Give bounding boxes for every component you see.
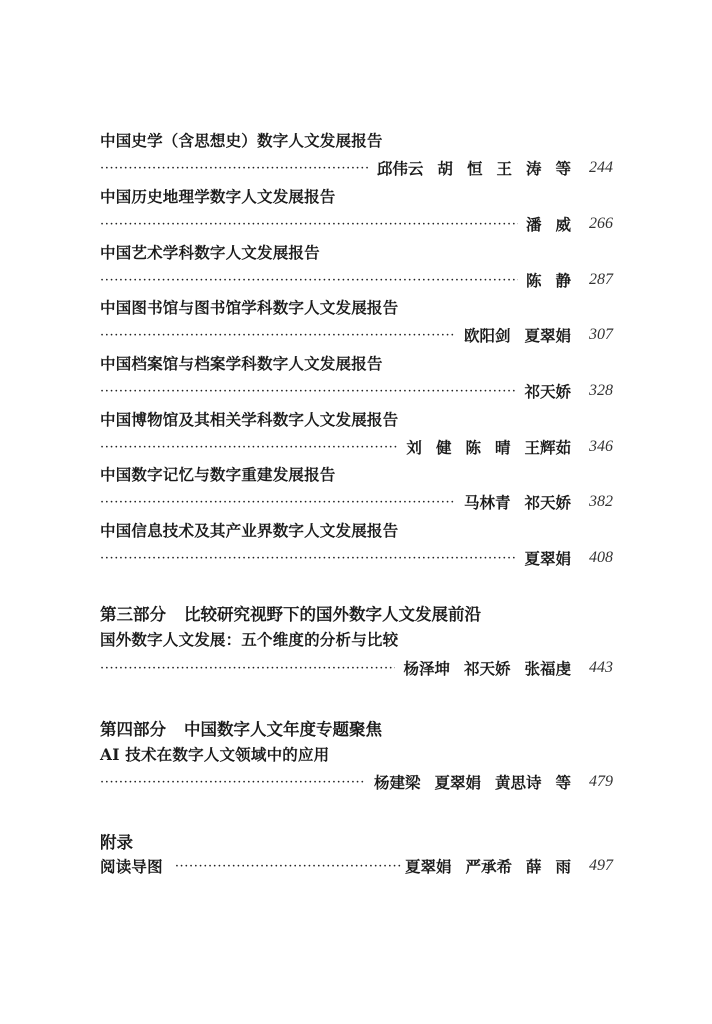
toc-entry-leader-row: 马林青 祁天娇 382 [100,490,613,514]
author: 夏翠娟 [524,324,571,346]
author: 陈 [465,436,481,458]
dot-leader [100,551,516,566]
author: 邱伟云 [377,157,424,179]
page-number[interactable]: 408 [571,549,613,567]
author: 夏翠娟 [434,771,481,793]
author: 雨 [555,855,571,877]
author: 静 [555,269,571,291]
author: 祁天娇 [464,657,511,679]
part-label: 第四部分 [100,716,166,740]
dot-leader [100,775,366,790]
toc-entry-leader-row: 阅读导图 夏翠娟 严承希 薛 雨 497 [100,854,613,878]
page-number[interactable]: 479 [571,773,613,791]
page-number[interactable]: 497 [571,857,613,875]
dot-leader [100,661,395,676]
author: 王 [496,157,512,179]
author: 陈 [526,269,542,291]
page-number[interactable]: 382 [571,493,613,511]
toc-entry-authors: 马林青 祁天娇 [464,491,571,513]
toc-entry-title[interactable]: 中国艺术学科数字人文发展报告 [100,240,613,264]
dot-leader [175,859,403,874]
author: 恒 [467,157,483,179]
toc-entry-title[interactable]: 中国史学（含思想史）数字人文发展报告 [100,128,613,152]
dot-leader [100,384,516,399]
author: 潘 [526,213,542,235]
toc-entry-authors: 杨建梁 夏翠娟 黄思诗 等 [374,771,571,793]
toc-entry-authors: 潘 威 [526,213,571,235]
page-number[interactable]: 244 [571,159,613,177]
page-number[interactable]: 266 [571,215,613,233]
toc-entry-leader-row: 夏翠娟 408 [100,546,613,570]
author: 涛 [526,157,542,179]
author: 夏翠娟 [524,547,571,569]
author: 夏翠娟 [405,855,452,877]
toc-entry-title[interactable]: 中国档案馆与档案学科数字人文发展报告 [100,351,613,375]
toc-entry-title[interactable]: 中国博物馆及其相关学科数字人文发展报告 [100,407,613,431]
toc-entry-title[interactable]: 国外数字人文发展：五个维度的分析与比较 [100,627,613,651]
toc-entry-authors: 刘 健 陈 晴 王辉茹 [406,436,571,458]
author: 祁天娇 [524,491,571,513]
author: 健 [436,436,452,458]
author: 等 [555,157,571,179]
toc-entry-title[interactable]: 中国历史地理学数字人文发展报告 [100,184,613,208]
toc-entry-authors: 夏翠娟 严承希 薛 雨 [405,855,571,877]
toc-entry-authors: 杨泽坤 祁天娇 张福虔 [403,657,571,679]
author: 威 [555,213,571,235]
toc-entry-authors: 夏翠娟 [524,547,571,569]
part-label: 第三部分 [100,601,166,625]
page-number[interactable]: 346 [571,438,613,456]
toc-entry-leader-row: 邱伟云 胡 恒 王 涛 等 244 [100,156,613,180]
author: 王辉茹 [524,436,571,458]
toc-entry-title[interactable]: 中国数字记忆与数字重建发展报告 [100,462,613,486]
part-heading-3: 第三部分 比较研究视野下的国外数字人文发展前沿 [100,601,613,625]
dot-leader [100,161,369,176]
author: 严承希 [465,855,512,877]
dot-leader [100,440,398,455]
toc-entry-title[interactable]: 阅读导图 [100,855,163,877]
author: 马林青 [464,491,511,513]
toc-entry-authors: 陈 静 [526,269,571,291]
page-number[interactable]: 307 [571,326,613,344]
dot-leader [100,273,518,288]
author: 杨泽坤 [403,657,450,679]
toc-entry-authors: 欧阳剑 夏翠娟 [464,324,571,346]
toc-entry-title[interactable]: 中国信息技术及其产业界数字人文发展报告 [100,518,613,542]
author: 祁天娇 [524,380,571,402]
toc-entry-leader-row: 陈 静 287 [100,268,613,292]
author: 张福虔 [524,657,571,679]
dot-leader [100,328,456,343]
toc-entry-authors: 祁天娇 [524,380,571,402]
toc-entry-leader-row: 潘 威 266 [100,212,613,236]
dot-leader [100,217,518,232]
author: 刘 [406,436,422,458]
author: 欧阳剑 [464,324,511,346]
toc-entry-leader-row: 祁天娇 328 [100,379,613,403]
toc-entry-title[interactable]: AI 技术在数字人文领域中的应用 [100,742,613,766]
appendix-heading: 附录 [100,829,613,853]
author: 薛 [526,855,542,877]
toc-entry-title[interactable]: 中国图书馆与图书馆学科数字人文发展报告 [100,295,613,319]
toc-entry-leader-row: 杨泽坤 祁天娇 张福虔 443 [100,656,613,680]
toc-entry-leader-row: 杨建梁 夏翠娟 黄思诗 等 479 [100,770,613,794]
author: 等 [555,771,571,793]
author: 胡 [437,157,453,179]
toc-entry-leader-row: 刘 健 陈 晴 王辉茹 346 [100,435,613,459]
author: 杨建梁 [374,771,421,793]
part-heading-4: 第四部分 中国数字人文年度专题聚焦 [100,716,613,740]
page-number[interactable]: 443 [571,659,613,677]
dot-leader [100,495,456,510]
part-title: 比较研究视野下的国外数字人文发展前沿 [184,601,481,625]
author: 晴 [495,436,511,458]
page-number[interactable]: 328 [571,382,613,400]
table-of-contents: 中国史学（含思想史）数字人文发展报告 邱伟云 胡 恒 王 涛 等 244 中国历… [100,0,613,1024]
author: 黄思诗 [495,771,542,793]
toc-entry-leader-row: 欧阳剑 夏翠娟 307 [100,323,613,347]
page-number[interactable]: 287 [571,271,613,289]
toc-entry-authors: 邱伟云 胡 恒 王 涛 等 [377,157,571,179]
part-title: 中国数字人文年度专题聚焦 [184,716,382,740]
